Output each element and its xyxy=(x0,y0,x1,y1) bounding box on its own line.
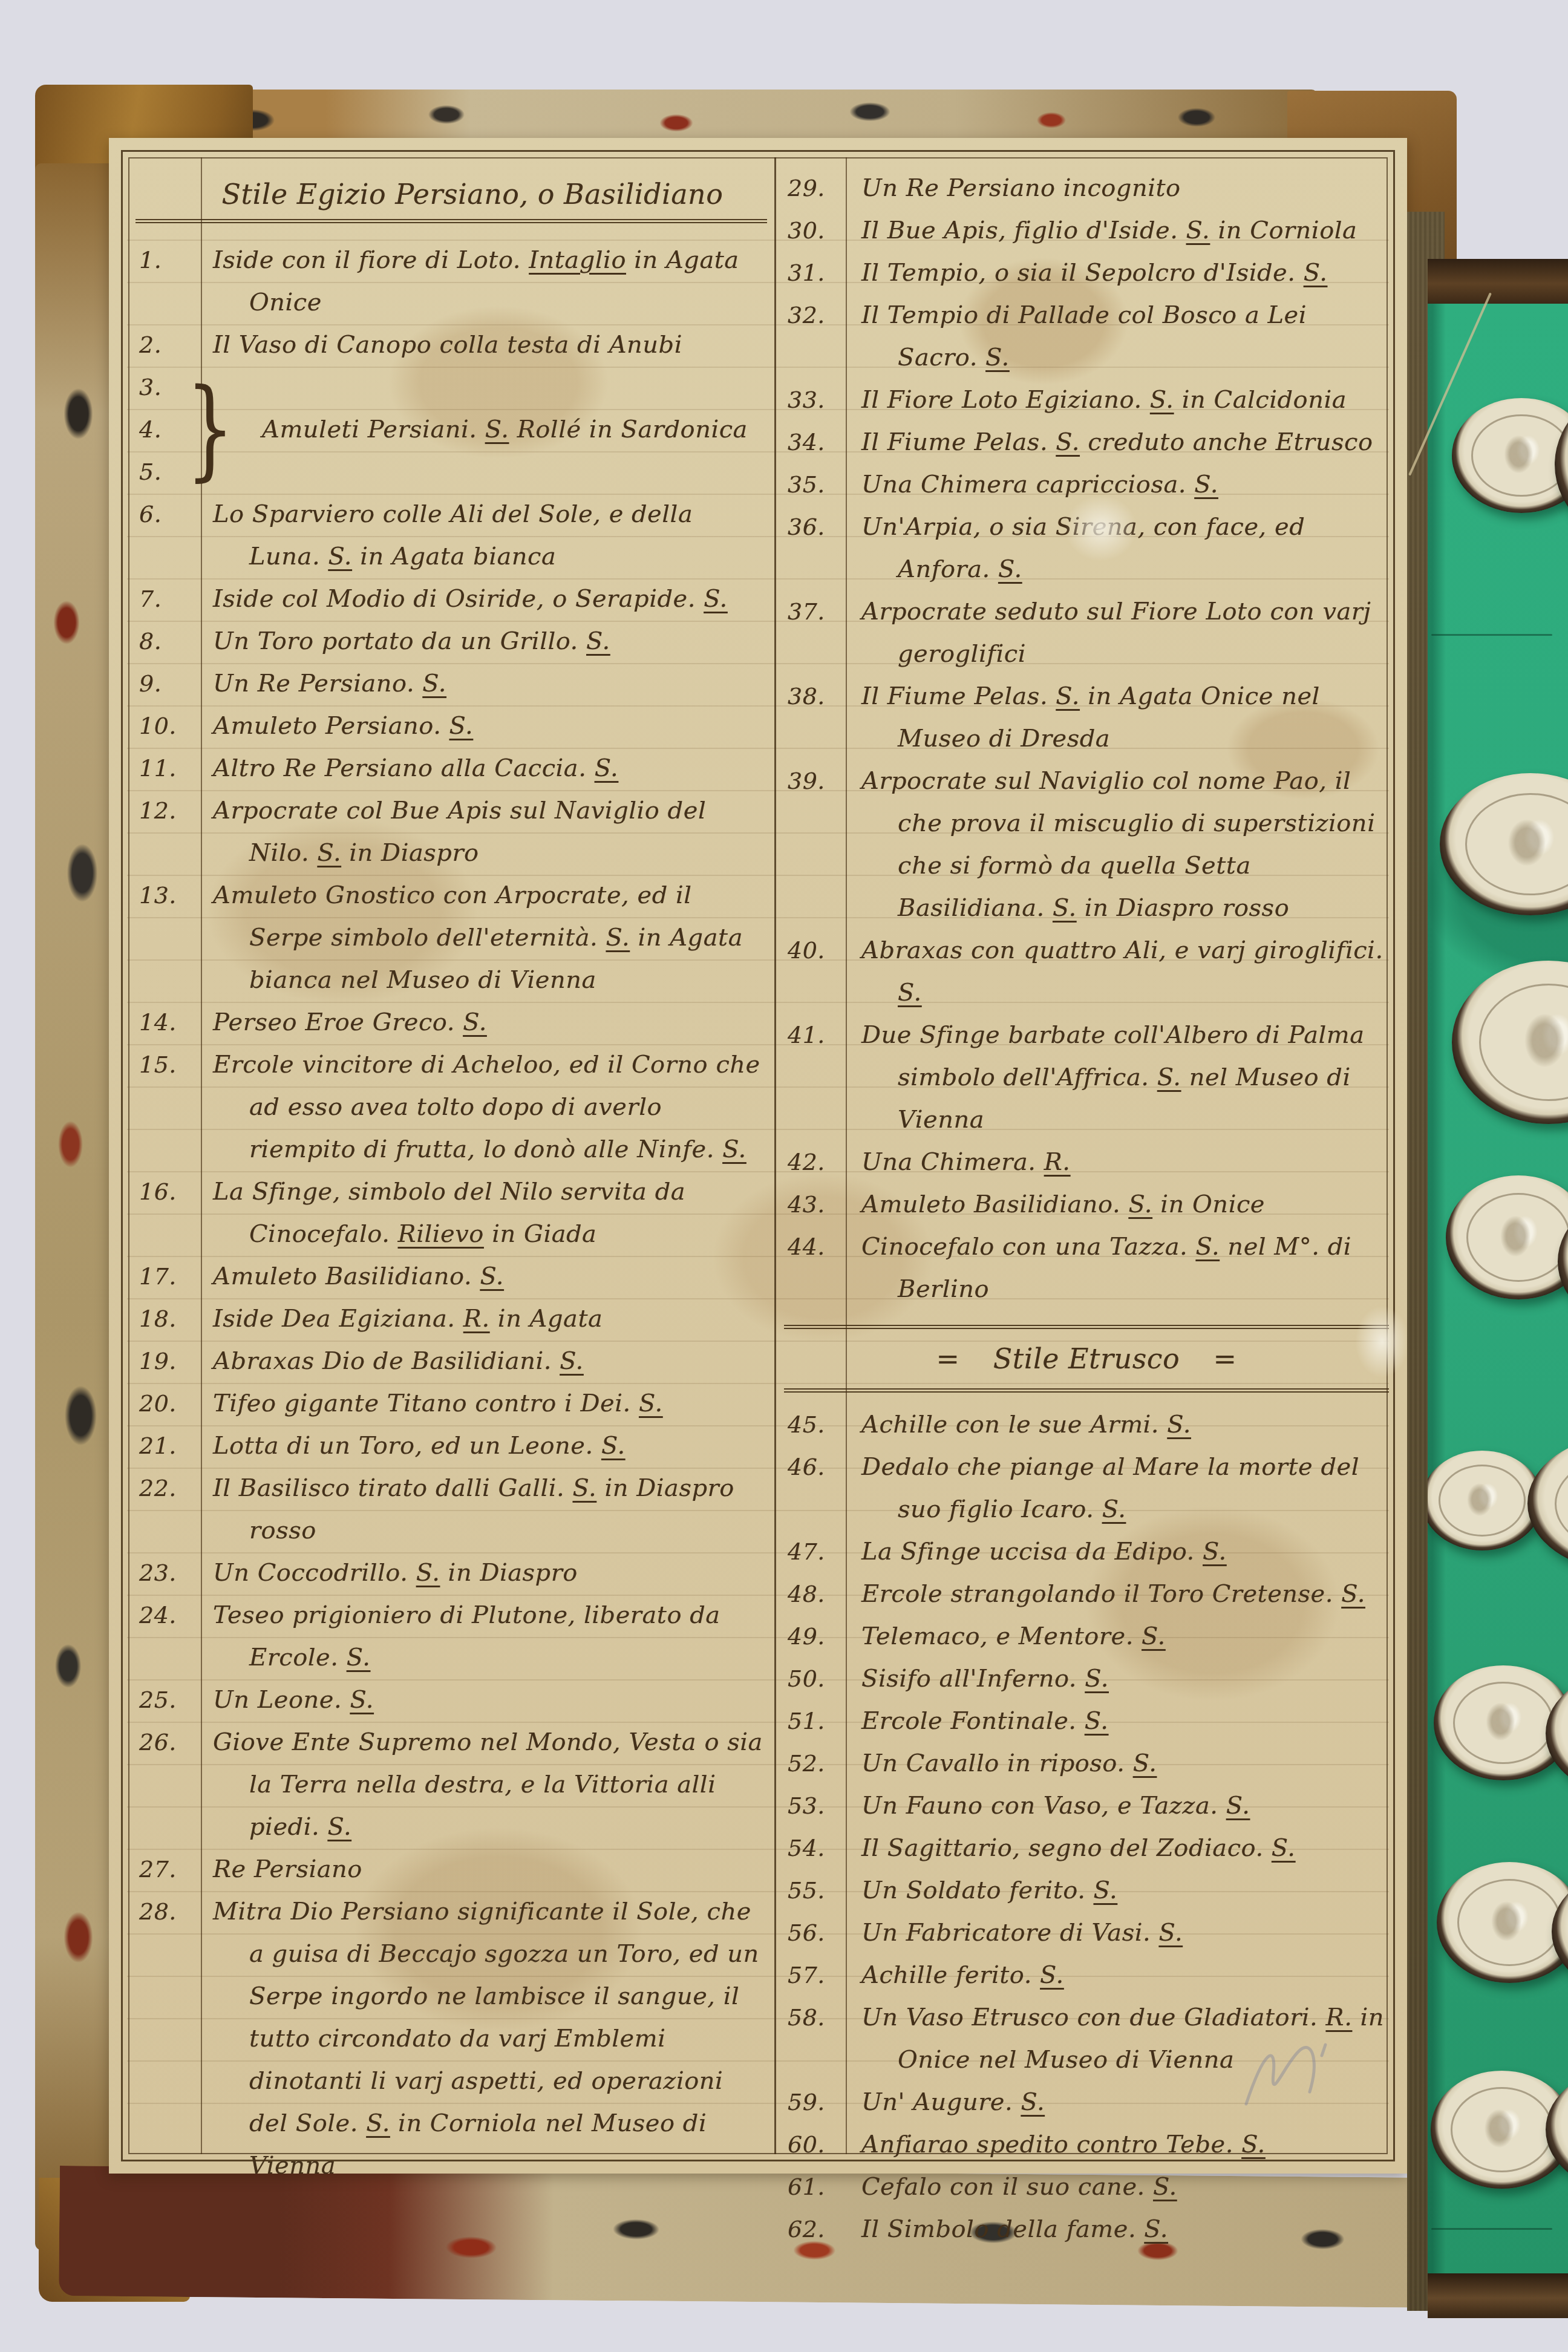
catalog-entry: 16.La Sfinge, simbolo del Nilo servita d… xyxy=(136,1171,767,1255)
entry-text: Il Bue Apis, figlio d'Iside. S. in Corni… xyxy=(844,209,1389,252)
entry-text: Achille con le sue Armi. S. xyxy=(844,1403,1389,1446)
entry-text: Un Toro portato da un Grillo. S. xyxy=(196,620,767,662)
catalog-entry: 51.Ercole Fontinale. S. xyxy=(784,1700,1389,1742)
catalog-entry: 28.Mitra Dio Persiano significante il So… xyxy=(136,1890,767,2187)
entry-number: 28. xyxy=(136,1890,196,1933)
entry-number: 8. xyxy=(136,620,196,662)
entry-text: Mitra Dio Persiano significante il Sole,… xyxy=(196,1890,767,2187)
entry-number: 55. xyxy=(784,1869,844,1912)
catalog-entry: 9.Un Re Persiano. S. xyxy=(136,662,767,705)
catalog-entry: 21.Lotta di un Toro, ed un Leone. S. xyxy=(136,1425,767,1467)
catalog-entry: 11.Altro Re Persiano alla Caccia. S. xyxy=(136,747,767,789)
entry-number: 31. xyxy=(784,252,844,294)
entry-text: Il Simbolo della fame. S. xyxy=(844,2208,1389,2250)
column-stile-egizio: Stile Egizio Persiano, o Basilidiano 1.I… xyxy=(136,167,767,2187)
catalog-entry: 27.Re Persiano xyxy=(136,1848,767,1890)
entry-list-left: 1.Iside con il fiore di Loto. Intaglio i… xyxy=(136,239,767,2187)
entry-number: 2. xyxy=(136,324,196,366)
brace-glyph: } xyxy=(186,366,235,493)
catalog-entry: 50.Sisifo all'Inferno. S. xyxy=(784,1658,1389,1700)
entry-number: 62. xyxy=(784,2208,844,2250)
catalog-entry: 49.Telemaco, e Mentore. S. xyxy=(784,1615,1389,1658)
felt-seam xyxy=(1431,2228,1552,2230)
entry-number: 49. xyxy=(784,1615,844,1658)
marbled-left-edge xyxy=(35,163,114,2250)
entry-text: Abraxas Dio de Basilidiani. S. xyxy=(196,1340,767,1382)
section-title-text: Stile Etrusco xyxy=(969,1342,1204,1375)
catalog-entry: 3.4.5.}Amuleti Persiani. S. Rollé in Sar… xyxy=(136,366,767,493)
catalog-entry: 13.Amuleto Gnostico con Arpocrate, ed il… xyxy=(136,874,767,1001)
entry-number: 17. xyxy=(136,1255,196,1298)
catalog-entry: 31.Il Tempio, o sia il Sepolcro d'Iside.… xyxy=(784,252,1389,294)
catalog-entry: 41.Due Sfinge barbate coll'Albero di Pal… xyxy=(784,1014,1389,1141)
catalog-entry: 37.Arpocrate seduto sul Fiore Loto con v… xyxy=(784,590,1389,675)
catalog-entry: 54.Il Sagittario, segno del Zodiaco. S. xyxy=(784,1827,1389,1869)
entry-text: Abraxas con quattro Ali, e varj giroglif… xyxy=(844,929,1389,1014)
entry-text: Perseo Eroe Greco. S. xyxy=(196,1001,767,1044)
entry-text: Dedalo che piange al Mare la morte del s… xyxy=(844,1446,1389,1530)
entry-number: 26. xyxy=(136,1721,196,1763)
entry-number: 29. xyxy=(784,167,844,209)
catalog-entry: 42.Una Chimera. R. xyxy=(784,1141,1389,1183)
entry-number: 54. xyxy=(784,1827,844,1869)
catalog-entry: 15.Ercole vincitore di Acheloo, ed il Co… xyxy=(136,1044,767,1171)
entry-text: Il Sagittario, segno del Zodiaco. S. xyxy=(844,1827,1389,1869)
tray-wood-edge-top xyxy=(1428,259,1568,304)
entry-text: Due Sfinge barbate coll'Albero di Palma … xyxy=(844,1014,1389,1141)
entry-text: Ercole vincitore di Acheloo, ed il Corno… xyxy=(196,1044,767,1171)
entry-number: 25. xyxy=(136,1679,196,1721)
entry-text: Iside col Modio di Osiride, o Serapide. … xyxy=(196,578,767,620)
entry-text: Il Basilisco tirato dalli Galli. S. in D… xyxy=(196,1467,767,1552)
entry-text: La Sfinge uccisa da Edipo. S. xyxy=(844,1530,1389,1573)
entry-text: Achille ferito. S. xyxy=(844,1954,1389,1996)
entry-text: Il Tempio, o sia il Sepolcro d'Iside. S. xyxy=(844,252,1389,294)
catalog-entry: 32.Il Tempio di Pallade col Bosco a Lei … xyxy=(784,294,1389,379)
entry-number: 7. xyxy=(136,578,196,620)
marbled-top-edge xyxy=(108,90,1318,145)
entry-number: 27. xyxy=(136,1848,196,1890)
entry-number: 6. xyxy=(136,493,196,535)
entry-text: Il Fiume Pelas. S. in Agata Onice nel Mu… xyxy=(844,675,1389,760)
entry-number: 50. xyxy=(784,1658,844,1700)
catalog-entry: 52.Un Cavallo in riposo. S. xyxy=(784,1742,1389,1785)
entry-text: Giove Ente Supremo nel Mondo, Vesta o si… xyxy=(196,1721,767,1848)
entry-text: La Sfinge, simbolo del Nilo servita da C… xyxy=(196,1171,767,1255)
entry-number: 48. xyxy=(784,1573,844,1615)
entry-list-etrusco: 45.Achille con le sue Armi. S.46.Dedalo … xyxy=(784,1403,1389,2250)
pencil-scribble xyxy=(1228,2025,1361,2122)
catalog-entry: 24.Teseo prigioniero di Plutone, liberat… xyxy=(136,1594,767,1679)
entry-number: 33. xyxy=(784,379,844,421)
entry-number: 9. xyxy=(136,662,196,705)
entry-number: 46. xyxy=(784,1446,844,1488)
manuscript-catalog-page: Stile Egizio Persiano, o Basilidiano 1.I… xyxy=(109,138,1407,2174)
catalog-entry: 53.Un Fauno con Vaso, e Tazza. S. xyxy=(784,1785,1389,1827)
entry-text: Lotta di un Toro, ed un Leone. S. xyxy=(196,1425,767,1467)
entry-number: 45. xyxy=(784,1403,844,1446)
column-divider xyxy=(774,157,776,2154)
entry-text: Telemaco, e Mentore. S. xyxy=(844,1615,1389,1658)
entry-text: Arpocrate col Bue Apis sul Naviglio del … xyxy=(196,789,767,874)
entry-number: 22. xyxy=(136,1467,196,1509)
entry-text: Anfiarao spedito contro Tebe. S. xyxy=(844,2123,1389,2166)
entry-number: 32. xyxy=(784,294,844,336)
entry-number: 19. xyxy=(136,1340,196,1382)
entry-number: 38. xyxy=(784,675,844,717)
entry-text: Un Re Persiano incognito xyxy=(844,167,1389,209)
entry-number: 39. xyxy=(784,760,844,802)
entry-number: 34. xyxy=(784,421,844,463)
catalog-entry: 25.Un Leone. S. xyxy=(136,1679,767,1721)
entry-number: 24. xyxy=(136,1594,196,1636)
entry-number: 61. xyxy=(784,2166,844,2208)
entry-number: 16. xyxy=(136,1171,196,1213)
section-title-egizio: Stile Egizio Persiano, o Basilidiano xyxy=(136,167,767,223)
felt-seam xyxy=(1431,634,1552,636)
entry-number: 40. xyxy=(784,929,844,972)
entry-number: 14. xyxy=(136,1001,196,1044)
entry-list-basilidiano: 29.Un Re Persiano incognito30.Il Bue Api… xyxy=(784,167,1389,1310)
entry-text: Sisifo all'Inferno. S. xyxy=(844,1658,1389,1700)
catalog-entry: 29.Un Re Persiano incognito xyxy=(784,167,1389,209)
catalog-entry: 57.Achille ferito. S. xyxy=(784,1954,1389,1996)
catalog-entry: 43.Amuleto Basilidiano. S. in Onice xyxy=(784,1183,1389,1226)
catalog-entry: 17.Amuleto Basilidiano. S. xyxy=(136,1255,767,1298)
catalog-entry: 22.Il Basilisco tirato dalli Galli. S. i… xyxy=(136,1467,767,1552)
catalog-entry: 20.Tifeo gigante Titano contro i Dei. S. xyxy=(136,1382,767,1425)
entry-number: 10. xyxy=(136,705,196,747)
entry-number: 60. xyxy=(784,2123,844,2166)
catalog-entry: 38.Il Fiume Pelas. S. in Agata Onice nel… xyxy=(784,675,1389,760)
column-right: 29.Un Re Persiano incognito30.Il Bue Api… xyxy=(784,167,1389,2250)
entry-text: Amuleto Persiano. S. xyxy=(196,705,767,747)
entry-number: 42. xyxy=(784,1141,844,1183)
catalog-entry: 18.Iside Dea Egiziana. R. in Agata xyxy=(136,1298,767,1340)
entry-number: 43. xyxy=(784,1183,844,1226)
entry-number: 20. xyxy=(136,1382,196,1425)
entry-text: Lo Sparviero colle Ali del Sole, e della… xyxy=(196,493,767,578)
catalog-entry: 62.Il Simbolo della fame. S. xyxy=(784,2208,1389,2250)
entry-text: Tifeo gigante Titano contro i Dei. S. xyxy=(196,1382,767,1425)
entry-text: Un Leone. S. xyxy=(196,1679,767,1721)
section-title-etrusco: = Stile Etrusco = xyxy=(784,1325,1389,1393)
entry-text: Iside Dea Egiziana. R. in Agata xyxy=(196,1298,767,1340)
catalog-entry: 6.Lo Sparviero colle Ali del Sole, e del… xyxy=(136,493,767,578)
cameo-tray xyxy=(1428,259,1568,2318)
catalog-entry: 2.Il Vaso di Canopo colla testa di Anubi xyxy=(136,324,767,366)
entry-text: Cinocefalo con una Tazza. S. nel M°. di … xyxy=(844,1226,1389,1310)
entry-number: 21. xyxy=(136,1425,196,1467)
white-spot xyxy=(1355,1305,1410,1378)
entry-text: Il Fiore Loto Egiziano. S. in Calcidonia xyxy=(844,379,1389,421)
entry-text: Il Tempio di Pallade col Bosco a Lei Sac… xyxy=(844,294,1389,379)
catalog-entry: 12.Arpocrate col Bue Apis sul Naviglio d… xyxy=(136,789,767,874)
entry-number: 59. xyxy=(784,2081,844,2123)
entry-text: Amuleto Gnostico con Arpocrate, ed il Se… xyxy=(196,874,767,1001)
catalog-entry: 26.Giove Ente Supremo nel Mondo, Vesta o… xyxy=(136,1721,767,1848)
catalog-entry: 23.Un Coccodrillo. S. in Diaspro xyxy=(136,1552,767,1594)
entry-number: 1. xyxy=(136,239,196,281)
entry-text: Un Fauno con Vaso, e Tazza. S. xyxy=(844,1785,1389,1827)
catalog-entry: 8.Un Toro portato da un Grillo. S. xyxy=(136,620,767,662)
catalog-entry: 40.Abraxas con quattro Ali, e varj girog… xyxy=(784,929,1389,1014)
entry-number: 12. xyxy=(136,789,196,832)
catalog-entry: 44.Cinocefalo con una Tazza. S. nel M°. … xyxy=(784,1226,1389,1310)
entry-number: 13. xyxy=(136,874,196,916)
catalog-entry: 1.Iside con il fiore di Loto. Intaglio i… xyxy=(136,239,767,324)
entry-text: Un Re Persiano. S. xyxy=(196,662,767,705)
entry-text: Amuleto Basilidiano. S. xyxy=(196,1255,767,1298)
entry-text: Una Chimera. R. xyxy=(844,1141,1389,1183)
entry-text: Ercole Fontinale. S. xyxy=(844,1700,1389,1742)
catalog-entry: 56.Un Fabricatore di Vasi. S. xyxy=(784,1912,1389,1954)
entry-text: Il Fiume Pelas. S. creduto anche Etrusco xyxy=(844,421,1389,463)
entry-number: 44. xyxy=(784,1226,844,1268)
entry-text: Ercole strangolando il Toro Cretense. S. xyxy=(844,1573,1389,1615)
catalog-entry: 61.Cefalo con il suo cane. S. xyxy=(784,2166,1389,2208)
catalog-entry: 60.Anfiarao spedito contro Tebe. S. xyxy=(784,2123,1389,2166)
entry-number: 56. xyxy=(784,1912,844,1954)
catalog-entry: 14.Perseo Eroe Greco. S. xyxy=(136,1001,767,1044)
entry-number: 51. xyxy=(784,1700,844,1742)
entry-number: 15. xyxy=(136,1044,196,1086)
entry-number: 35. xyxy=(784,463,844,506)
entry-text: Il Vaso di Canopo colla testa di Anubi xyxy=(196,324,767,366)
entry-text: Arpocrate sul Naviglio col nome Pao, il … xyxy=(844,760,1389,929)
entry-number: 57. xyxy=(784,1954,844,1996)
entry-number: 41. xyxy=(784,1014,844,1056)
catalog-entry: 19.Abraxas Dio de Basilidiani. S. xyxy=(136,1340,767,1382)
entry-number: 58. xyxy=(784,1996,844,2039)
entry-text: Un Cavallo in riposo. S. xyxy=(844,1742,1389,1785)
tray-wood-edge-bottom xyxy=(1428,2273,1568,2318)
entry-number: 52. xyxy=(784,1742,844,1785)
entry-number: 47. xyxy=(784,1530,844,1573)
entry-number: 18. xyxy=(136,1298,196,1340)
entry-number: 23. xyxy=(136,1552,196,1594)
entry-text: Cefalo con il suo cane. S. xyxy=(844,2166,1389,2208)
entry-number: 30. xyxy=(784,209,844,252)
catalog-entry: 10.Amuleto Persiano. S. xyxy=(136,705,767,747)
entry-number: 11. xyxy=(136,747,196,789)
catalog-entry: 46.Dedalo che piange al Mare la morte de… xyxy=(784,1446,1389,1530)
flourish-right: = xyxy=(1213,1342,1236,1375)
catalog-entry: 7.Iside col Modio di Osiride, o Serapide… xyxy=(136,578,767,620)
catalog-entry: 47.La Sfinge uccisa da Edipo. S. xyxy=(784,1530,1389,1573)
entry-text: Teseo prigioniero di Plutone, liberato d… xyxy=(196,1594,767,1679)
entry-text: Un Fabricatore di Vasi. S. xyxy=(844,1912,1389,1954)
entry-text: Re Persiano xyxy=(196,1848,767,1890)
entry-text: Iside con il fiore di Loto. Intaglio in … xyxy=(196,239,767,324)
entry-number: 53. xyxy=(784,1785,844,1827)
entry-text: Amuleti Persiani. S. Rollé in Sardonica xyxy=(245,366,767,493)
catalog-entry: 45.Achille con le sue Armi. S. xyxy=(784,1403,1389,1446)
entry-text: Un Soldato ferito. S. xyxy=(844,1869,1389,1912)
entry-text: Altro Re Persiano alla Caccia. S. xyxy=(196,747,767,789)
catalog-entry: 30.Il Bue Apis, figlio d'Iside. S. in Co… xyxy=(784,209,1389,252)
entry-text: Un Coccodrillo. S. in Diaspro xyxy=(196,1552,767,1594)
entry-numbers: 3.4.5. xyxy=(136,366,175,493)
entry-text: Arpocrate seduto sul Fiore Loto con varj… xyxy=(844,590,1389,675)
entry-text: Amuleto Basilidiano. S. in Onice xyxy=(844,1183,1389,1226)
white-spot xyxy=(1065,495,1137,561)
entry-number: 36. xyxy=(784,506,844,548)
flourish-left: = xyxy=(936,1342,960,1375)
catalog-entry: 39.Arpocrate sul Naviglio col nome Pao, … xyxy=(784,760,1389,929)
catalog-entry: 55.Un Soldato ferito. S. xyxy=(784,1869,1389,1912)
catalog-entry: 33.Il Fiore Loto Egiziano. S. in Calcido… xyxy=(784,379,1389,421)
entry-number: 37. xyxy=(784,590,844,633)
catalog-entry: 34.Il Fiume Pelas. S. creduto anche Etru… xyxy=(784,421,1389,463)
catalog-entry: 48.Ercole strangolando il Toro Cretense.… xyxy=(784,1573,1389,1615)
